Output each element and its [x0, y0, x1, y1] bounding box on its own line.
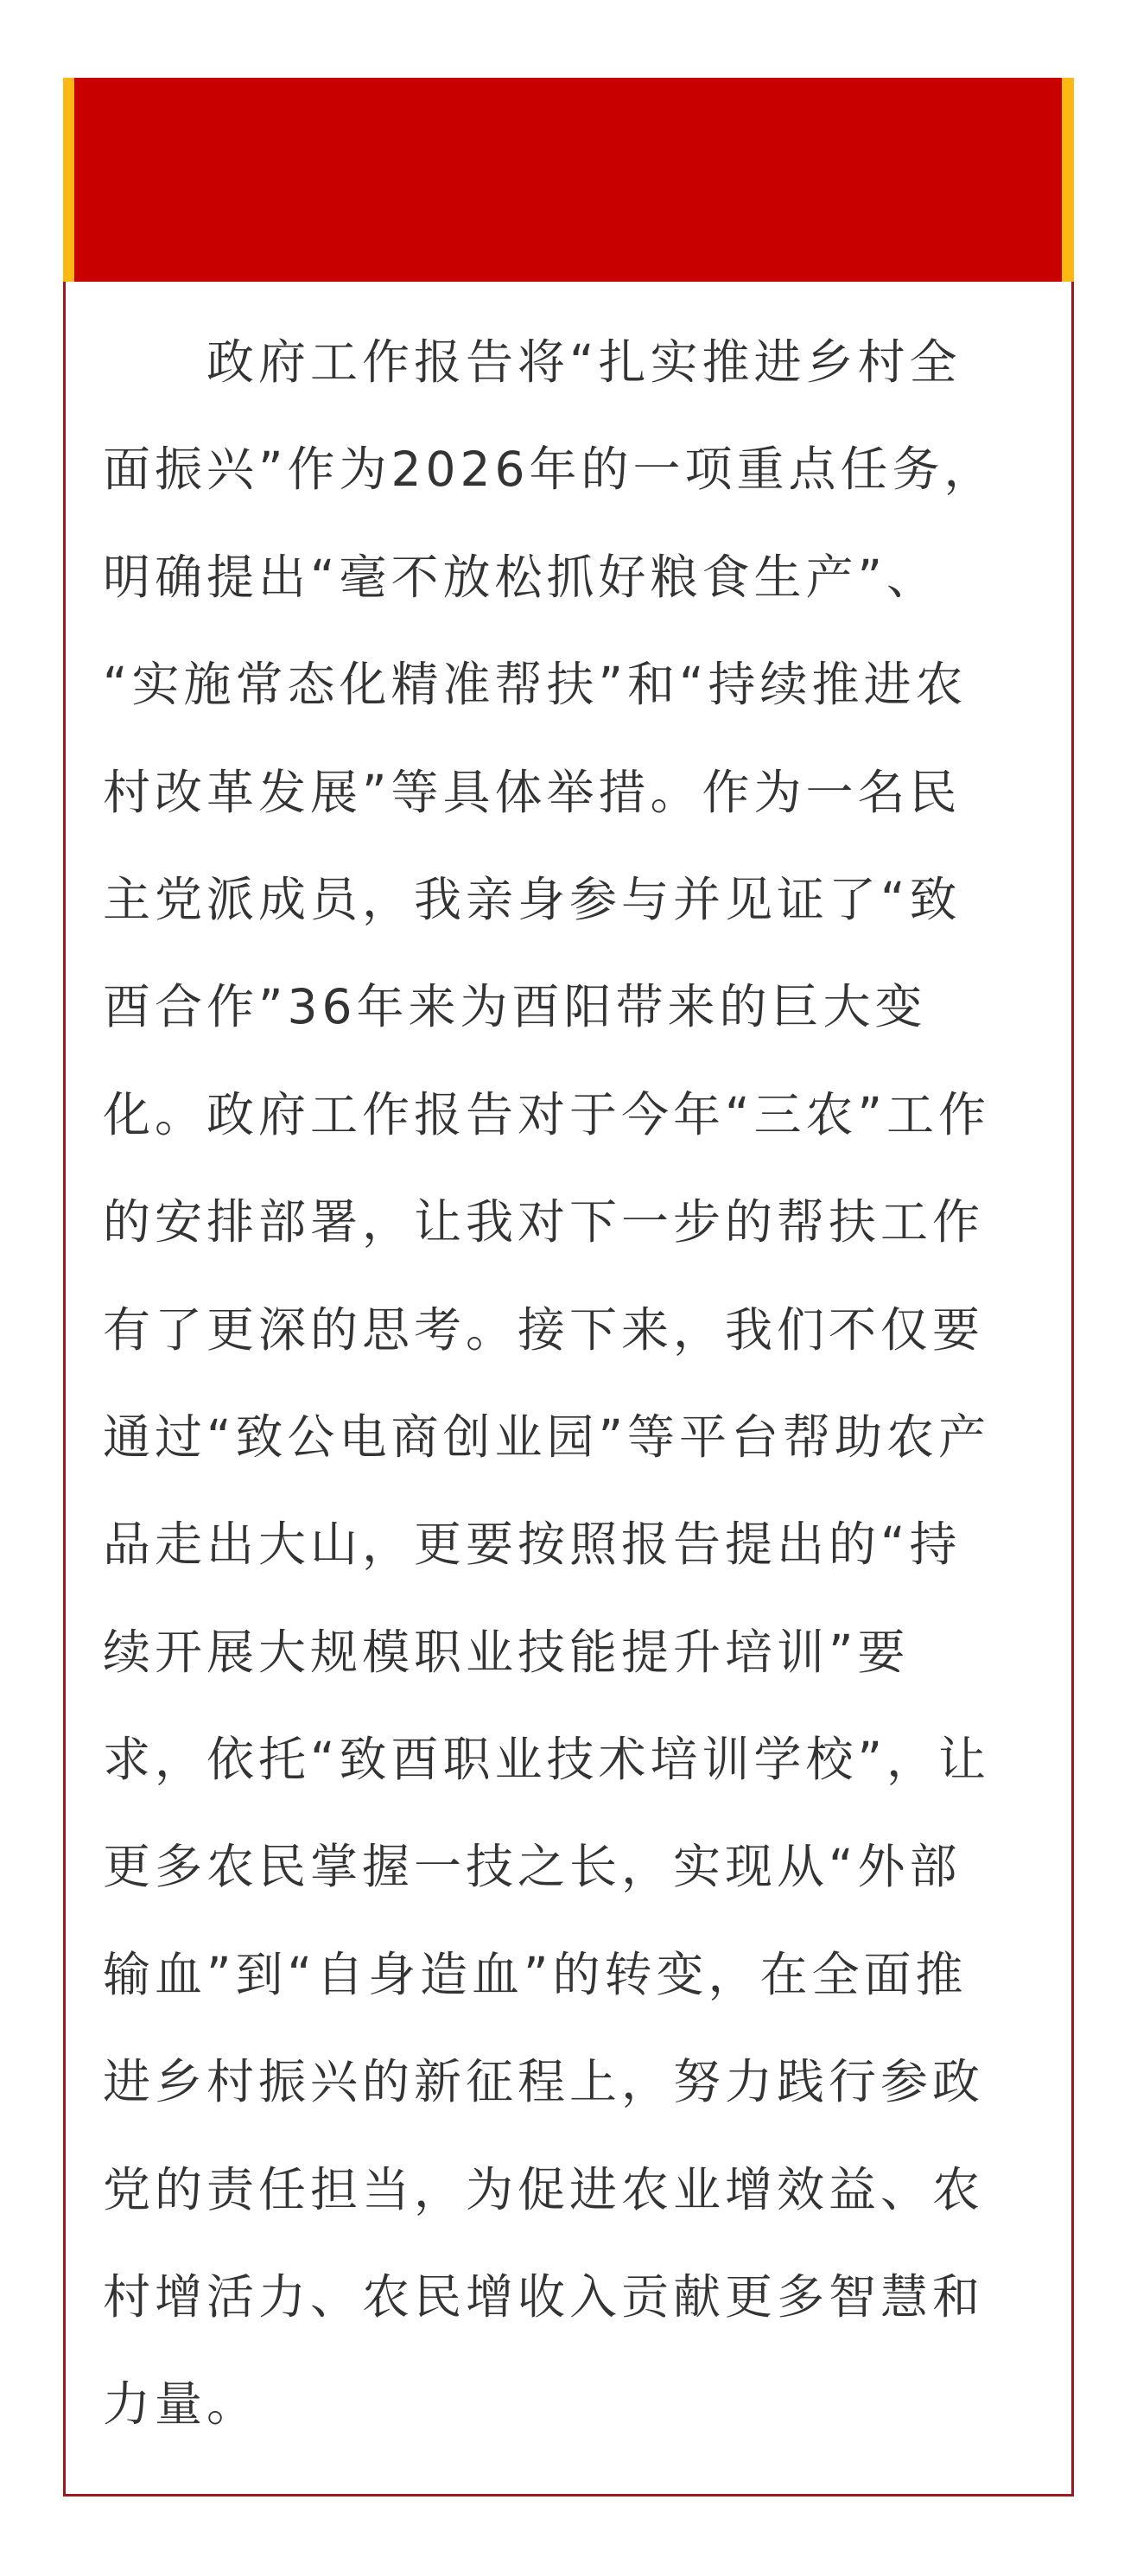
paragraph-line: 力量。 — [103, 2350, 1045, 2458]
paragraph-line: 政府工作报告将“扎实推进乡村全 — [103, 308, 1045, 416]
paragraph-line: 村改革发展”等具体举措。作为一名民 — [103, 739, 1045, 846]
paragraph-line: 主党派成员，我亲身参与并见证了“致 — [103, 846, 1045, 953]
paragraph-line: 明确提出“毫不放松抓好粮食生产”、 — [103, 524, 1045, 631]
paragraph-line: 更多农民掌握一技之长，实现从“外部 — [103, 1813, 1045, 1920]
paragraph-line: “实施常态化精准帮扶”和“持续推进农 — [103, 631, 1045, 738]
paragraph-line: 品走出大山，更要按照报告提出的“持 — [103, 1491, 1045, 1598]
paragraph-line: 输血”到“自身造血”的转变，在全面推 — [103, 1921, 1045, 2028]
speaker-header: 全国政协委员、致公党重庆市委会主 委丁时勇： — [63, 78, 1074, 282]
paragraph-line: 通过“致公电商创业园”等平台帮助农产 — [103, 1383, 1045, 1491]
paragraph-line: 党的责任担当，为促进农业增效益、农 — [103, 2136, 1045, 2243]
paragraph-line: 酉合作”36年来为酉阳带来的巨大变 — [103, 953, 1045, 1060]
paragraph-line: 面振兴”作为2026年的一项重点任务， — [103, 416, 1045, 523]
paragraph-line: 化。政府工作报告对于今年“三农”工作 — [103, 1061, 1045, 1168]
paragraph-line: 续开展大规模职业技能提升培训”要 — [103, 1599, 1045, 1706]
paragraph-line: 进乡村振兴的新征程上，努力践行参政 — [103, 2028, 1045, 2135]
paragraph-line: 求，依托“致酉职业技术培训学校”，让 — [103, 1706, 1045, 1813]
quote-body: 政府工作报告将“扎实推进乡村全 面振兴”作为2026年的一项重点任务， 明确提出… — [63, 282, 1074, 2496]
paragraph-line: 村增活力、农民增收入贡献更多智慧和 — [103, 2243, 1045, 2350]
paragraph-line: 的安排部署，让我对下一步的帮扶工作 — [103, 1168, 1045, 1275]
quote-card: 全国政协委员、致公党重庆市委会主 委丁时勇： 政府工作报告将“扎实推进乡村全 面… — [63, 78, 1074, 2496]
quote-paragraph: 政府工作报告将“扎实推进乡村全 面振兴”作为2026年的一项重点任务， 明确提出… — [103, 308, 1045, 2458]
paragraph-line: 有了更深的思考。接下来，我们不仅要 — [103, 1276, 1045, 1383]
